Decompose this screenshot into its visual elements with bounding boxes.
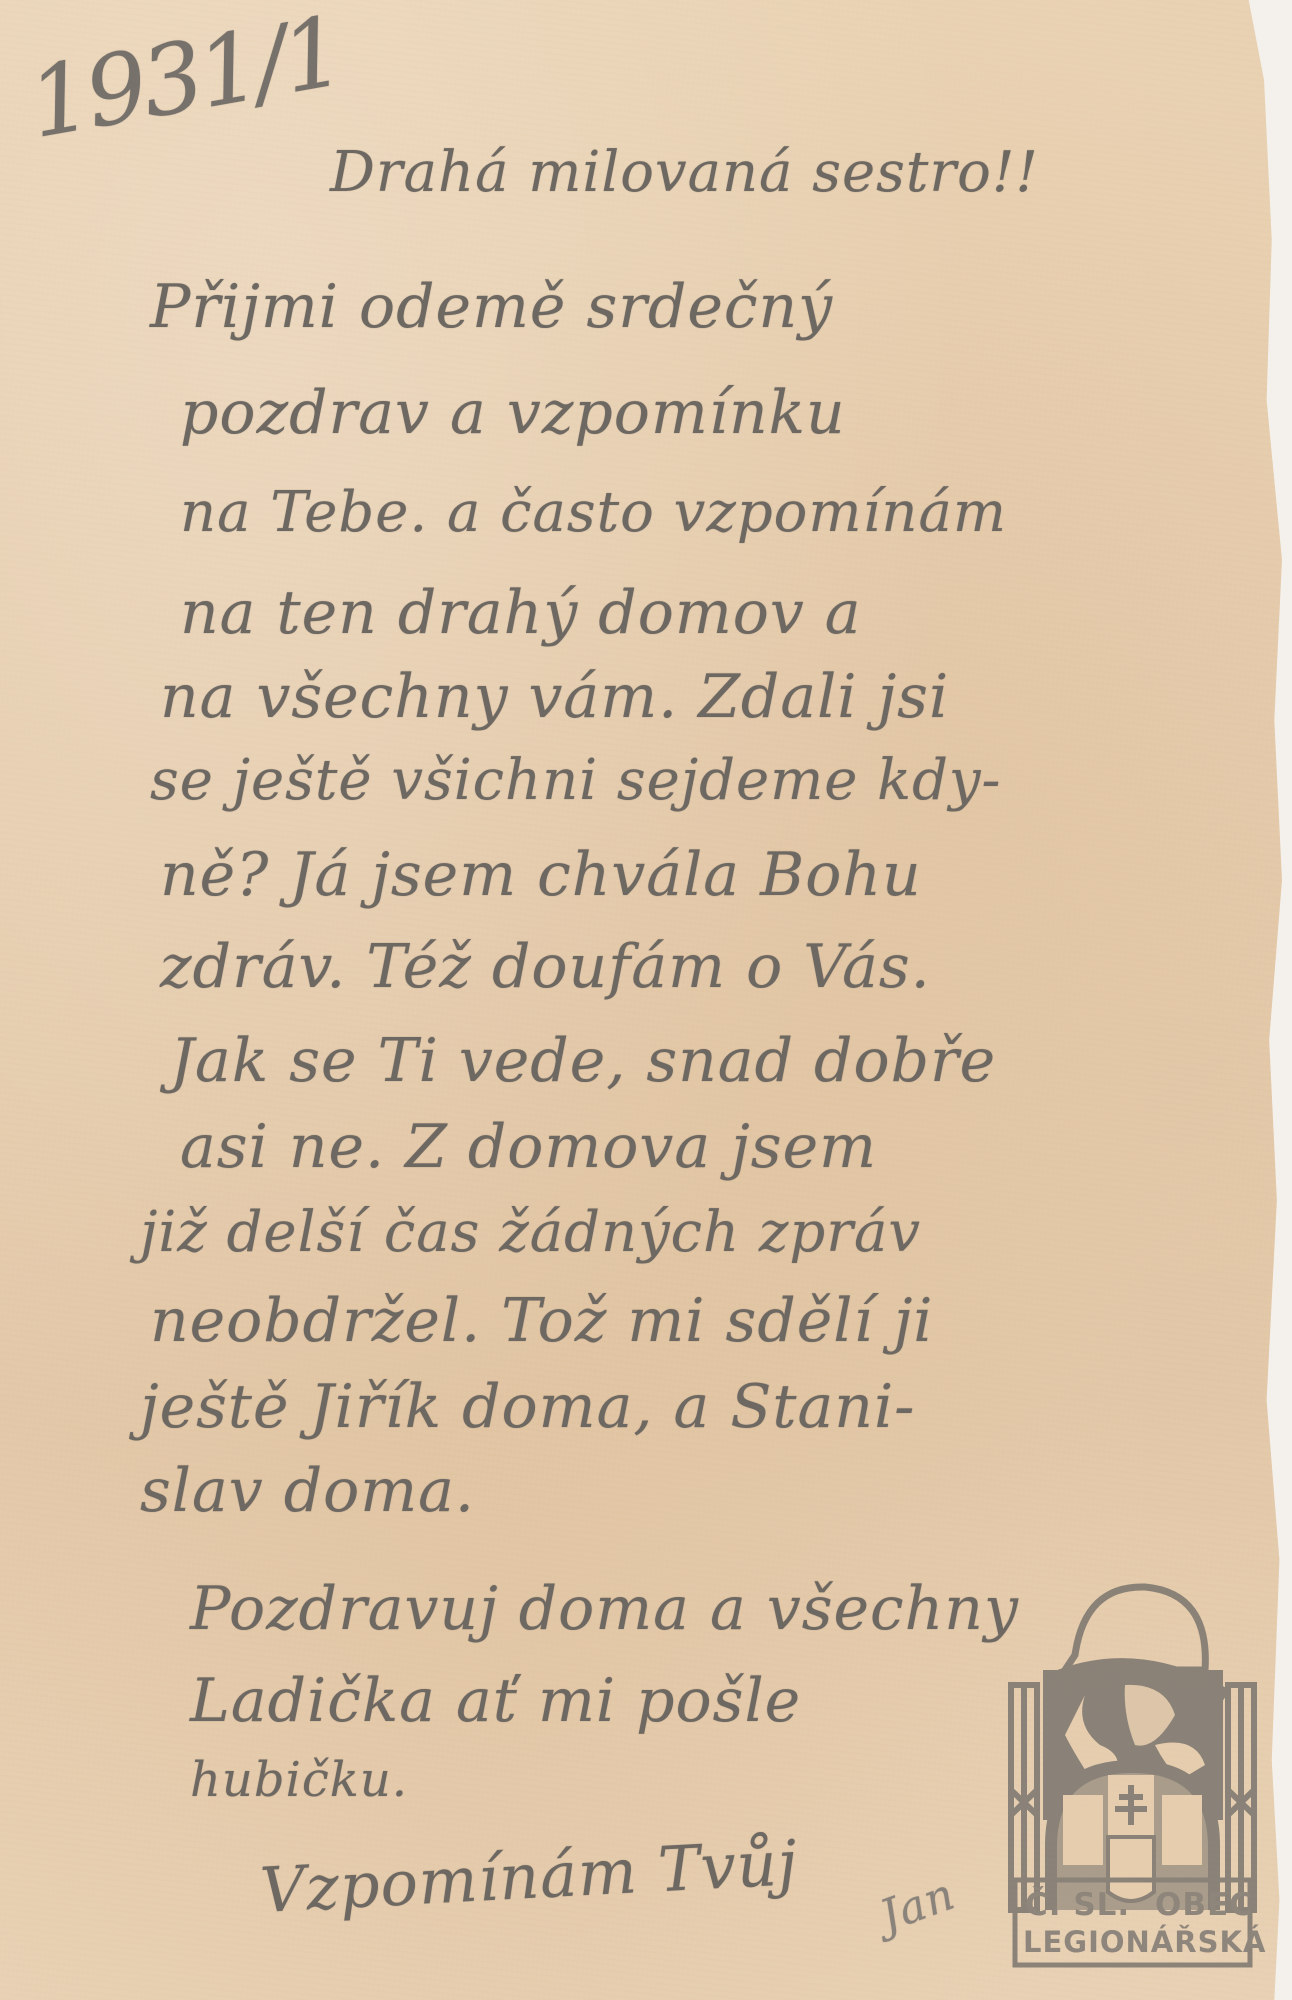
body-line: slav doma. bbox=[140, 1456, 475, 1526]
body-line: na Tebe. a často vzpomínám bbox=[180, 480, 1007, 545]
body-line: neobdržel. Tož mi sdělí ji bbox=[150, 1286, 934, 1356]
stamp-text-obec: OBEC bbox=[1155, 1887, 1253, 1923]
body-line: Jak se Ti vede, snad dobře bbox=[170, 1026, 996, 1096]
body-line: na všechny vám. Zdali jsi bbox=[160, 662, 949, 732]
body-line: ně? Já jsem chvála Bohu bbox=[160, 840, 922, 910]
body-line: na ten drahý domov a bbox=[180, 578, 862, 648]
closing-line: Pozdravuj doma a všechny bbox=[190, 1574, 1019, 1644]
body-line: se ještě všichni sejdeme kdy- bbox=[150, 748, 1001, 813]
salutation: Drahá milovaná sestro!! bbox=[330, 140, 1039, 205]
stamp-text-legionarska: LEGIONÁŘSKÁ bbox=[1023, 1925, 1266, 1959]
body-line: asi ne. Z domova jsem bbox=[180, 1112, 877, 1182]
legionnaire-emblem-icon: Č. SL. OBEC LEGIONÁŘSKÁ bbox=[1005, 1575, 1260, 1970]
body-line: Přijmi odemě srdečný bbox=[150, 272, 833, 342]
stamp-text-csl: Č. SL. bbox=[1025, 1887, 1130, 1923]
closing-line: Ladička ať mi pošle bbox=[190, 1666, 801, 1736]
body-line: pozdrav a vzpomínku bbox=[180, 378, 846, 448]
closing-line: hubičku. bbox=[190, 1752, 408, 1808]
body-line: již delší čas žádných zpráv bbox=[140, 1200, 921, 1265]
body-line: zdráv. Též doufám o Vás. bbox=[160, 932, 931, 1002]
body-line: ještě Jiřík doma, a Stani- bbox=[140, 1372, 915, 1442]
